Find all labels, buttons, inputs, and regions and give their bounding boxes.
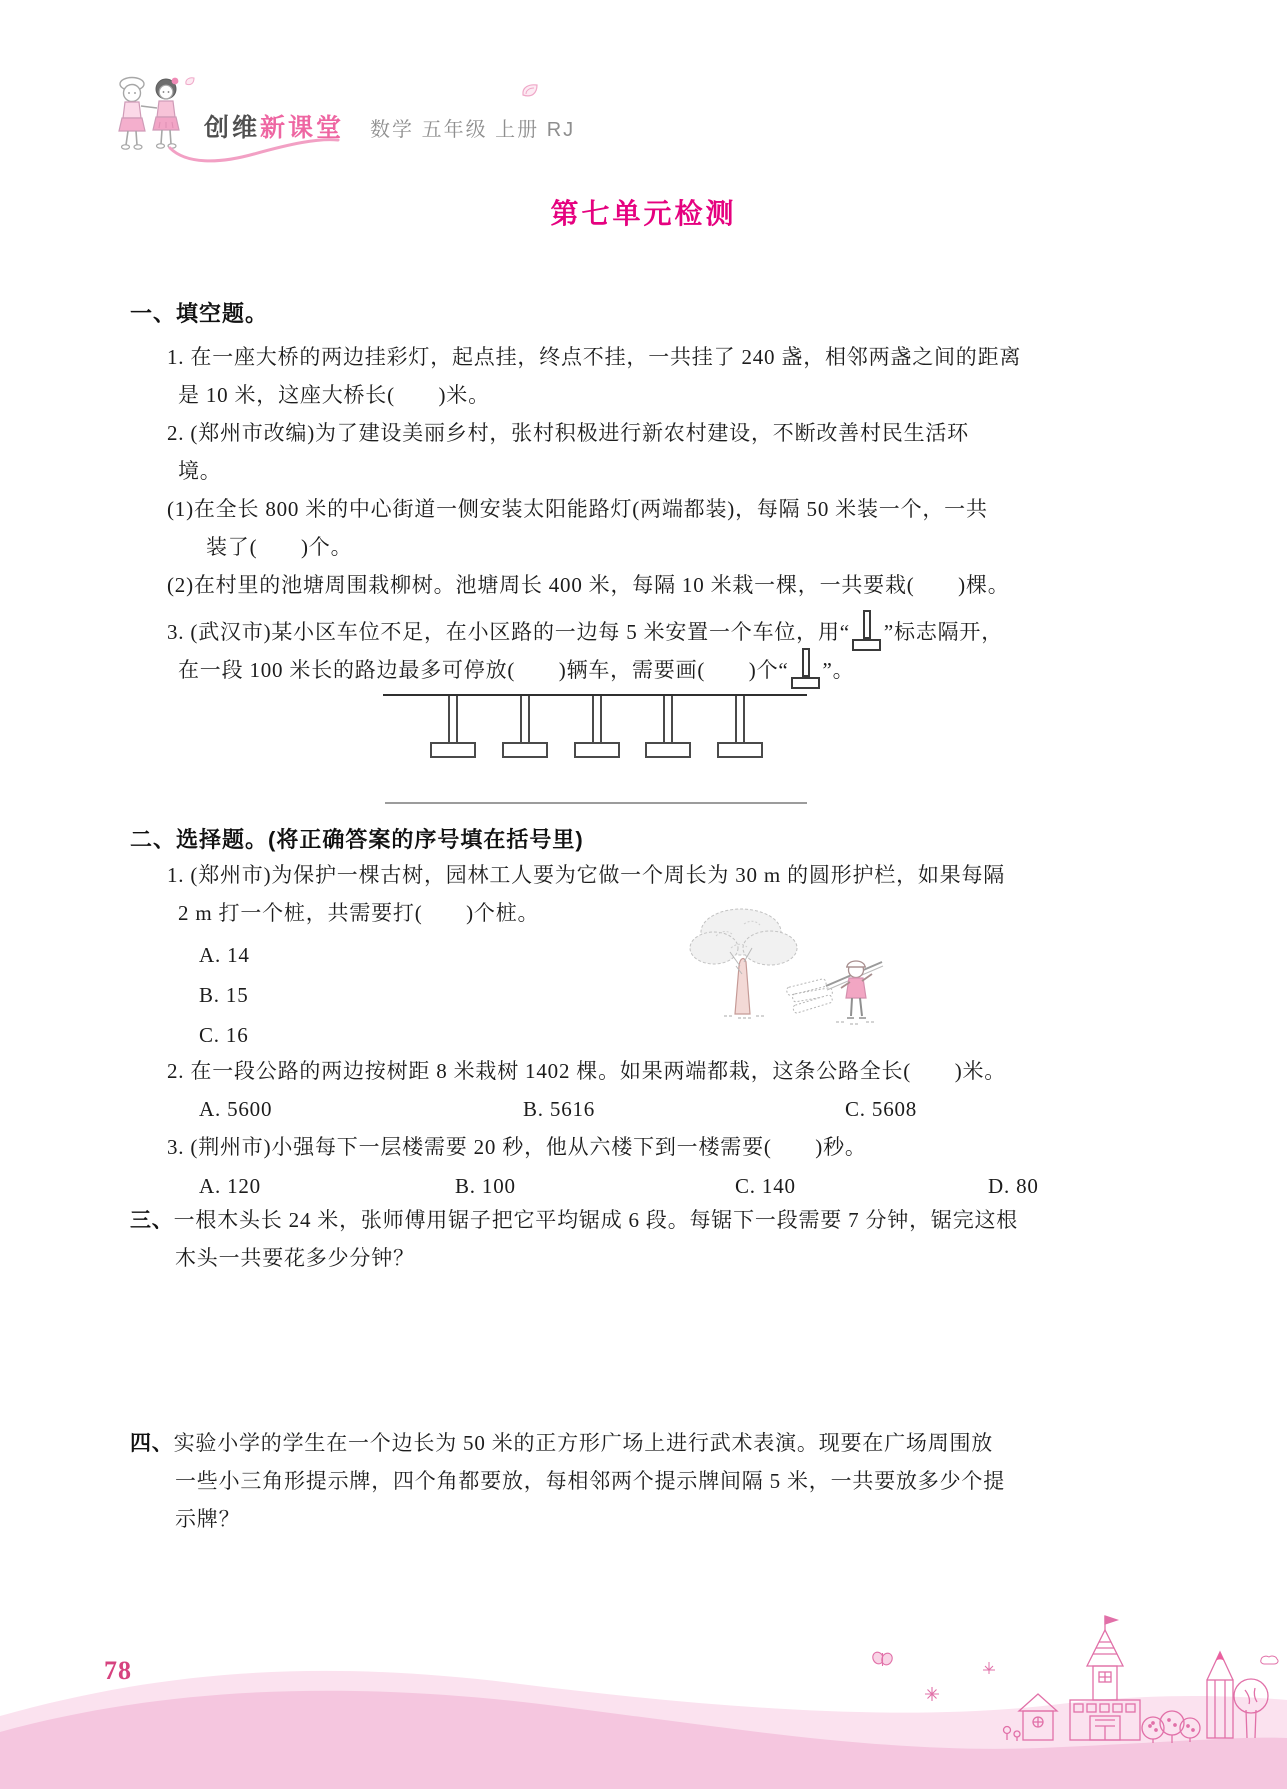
section4-line3: 示牌？ [175, 1506, 240, 1532]
brand-subtitle: 数学 五年级 上册 RJ [370, 113, 575, 142]
petal-icon [184, 76, 196, 88]
s2-q2-line1: 2. 在一段公路的两边按树距 8 米栽树 1402 棵。如果两端都栽，这条公路全… [167, 1058, 1006, 1084]
answer-line [385, 802, 807, 804]
section4-number: 四、 [130, 1432, 174, 1455]
s2-q3-option-c: C. 140 [735, 1173, 796, 1199]
s2-q1-line2: 2 m 打一个桩，共需要打( )个桩。 [178, 900, 539, 926]
s2-q3-line1: 3. (荆州市)小强每下一层楼需要 20 秒，他从六楼下到一楼需要( )秒。 [167, 1134, 867, 1160]
section3-line1: 三、一根木头长 24 米，张师傅用锯子把它平均锯成 6 段。每锯下一段需要 7 … [130, 1207, 1018, 1234]
s1-q3-line2-pre: 在一段 100 米长的路边最多可停放( )辆车，需要画( )个“ [178, 658, 789, 682]
section3-line2: 木头一共要花多少分钟？ [175, 1245, 415, 1271]
s2-q2-option-c: C. 5608 [845, 1096, 917, 1122]
s1-q2-sub1-line2: 装了( )个。 [206, 534, 352, 560]
parking-marker-icon [852, 610, 882, 651]
s2-q1-option-b: B. 15 [199, 982, 249, 1008]
s1-q2-line2: 境。 [178, 458, 222, 484]
section4-text: 实验小学的学生在一个边长为 50 米的正方形广场上进行武术表演。现要在广场周围放 [174, 1431, 994, 1455]
s1-q3-line1-post: ”标志隔开， [884, 620, 1003, 644]
s1-q1-line1: 1. 在一座大桥的两边挂彩灯，起点挂，终点不挂，一共挂了 240 盏，相邻两盏之… [167, 344, 1021, 370]
brand-name-pink: 新课堂 [260, 108, 344, 144]
parking-marker-icon [574, 696, 620, 758]
s2-q2-option-a: A. 5600 [199, 1096, 272, 1122]
s2-q1-option-c: C. 16 [199, 1022, 249, 1048]
section3-text: 一根木头长 24 米，张师傅用锯子把它平均锯成 6 段。每锯下一段需要 7 分钟… [174, 1208, 1019, 1232]
brand-name-black: 创维 [204, 108, 260, 144]
s1-q3-line2: 在一段 100 米长的路边最多可停放( )辆车，需要画( )个“”。 [178, 648, 854, 689]
section2-heading: 二、选择题。(将正确答案的序号填在括号里) [130, 826, 584, 854]
section1-heading: 一、填空题。 [130, 300, 268, 328]
parking-marker-icon [502, 696, 548, 758]
page-number: 78 [104, 1656, 132, 1686]
parking-marker-icon [717, 696, 763, 758]
page-title: 第七单元检测 [0, 192, 1287, 232]
worker-figure [826, 961, 883, 1024]
section3-number: 三、 [130, 1209, 174, 1232]
s1-q3-line1: 3. (武汉市)某小区车位不足，在小区路的一边每 5 米安置一个车位，用“”标志… [167, 610, 1003, 651]
s1-q3-line2-post: ”。 [823, 658, 855, 682]
s1-q3-line1-pre: 3. (武汉市)某小区车位不足，在小区路的一边每 5 米安置一个车位，用“ [167, 620, 850, 644]
s2-q2-option-b: B. 5616 [523, 1096, 595, 1122]
section4-line1: 四、实验小学的学生在一个边长为 50 米的正方形广场上进行武术表演。现要在广场周… [130, 1430, 993, 1457]
s1-q2-sub1-line1: (1)在全长 800 米的中心街道一侧安装太阳能路灯(两端都装)，每隔 50 米… [167, 496, 988, 522]
sparkle-icon [924, 1686, 940, 1702]
s2-q1-option-a: A. 14 [199, 942, 250, 968]
petal-icon [520, 82, 540, 102]
s1-q1-line2: 是 10 米，这座大桥长( )米。 [178, 382, 490, 408]
s2-q3-option-b: B. 100 [455, 1173, 516, 1199]
butterfly-icon [872, 1650, 894, 1670]
parking-marker-icon [645, 696, 691, 758]
s1-q2-sub2-line1: (2)在村里的池塘周围栽柳树。池塘周长 400 米，每隔 10 米栽一棵，一共要… [167, 572, 1010, 598]
workbook-page: 创维 新课堂 数学 五年级 上册 RJ 第七单元检测 一、填空题。 1. 在一座… [0, 0, 1287, 1789]
s1-q2-line1: 2. (郑州市改编)为了建设美丽乡村，张村积极进行新农村建设，不断改善村民生活环 [167, 420, 969, 446]
parking-diagram [383, 694, 807, 808]
brand-row: 创维 新课堂 数学 五年级 上册 RJ [204, 108, 575, 144]
footer-decoration-school-pencil [975, 1608, 1285, 1758]
tree-and-worker-illustration [686, 896, 898, 1040]
s2-q1-line1: 1. (郑州市)为保护一棵古树，园林工人要为它做一个周长为 30 m 的圆形护栏… [167, 862, 1005, 888]
s2-q3-option-d: D. 80 [988, 1173, 1039, 1199]
parking-marker-icon [430, 696, 476, 758]
section4-line2: 一些小三角形提示牌，四个角都要放，每相邻两个提示牌间隔 5 米，一共要放多少个提 [175, 1468, 1005, 1494]
parking-marker-icon [791, 648, 821, 689]
s2-q3-option-a: A. 120 [199, 1173, 261, 1199]
